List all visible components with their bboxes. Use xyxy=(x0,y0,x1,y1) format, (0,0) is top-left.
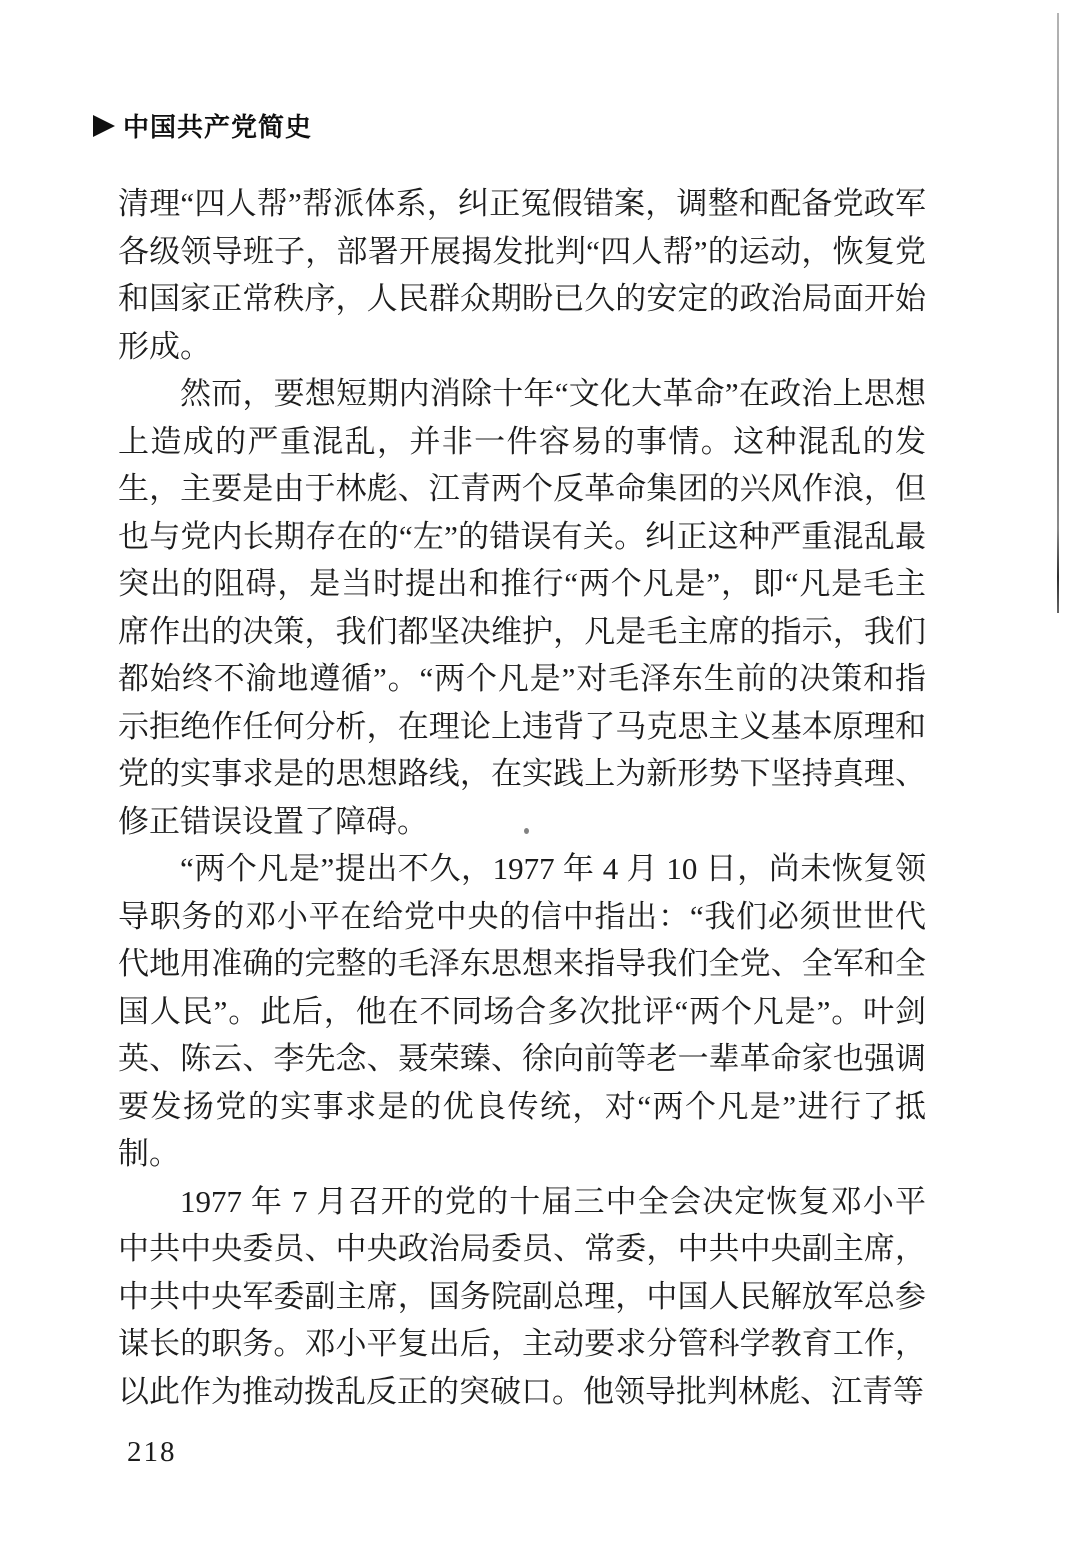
book-page: 中国共产党简史 清理“四人帮”帮派体系，纠正冤假错案，调整和配备党政军各级领导班… xyxy=(0,0,1080,1546)
page-number: 218 xyxy=(127,1436,177,1469)
scan-speck xyxy=(524,828,529,834)
page-body: 清理“四人帮”帮派体系，纠正冤假错案，调整和配备党政军各级领导班子，部署开展揭发… xyxy=(118,180,926,1415)
paragraph-2: 然而，要想短期内消除十年“文化大革命”在政治上思想上造成的严重混乱，并非一件容易… xyxy=(118,370,926,845)
scan-artifact-line xyxy=(1057,13,1059,613)
paragraph-3: “两个凡是”提出不久，1977 年 4 月 10 日，尚未恢复领导职务的邓小平在… xyxy=(118,845,926,1178)
right-triangle-icon xyxy=(93,115,115,137)
paragraph-1: 清理“四人帮”帮派体系，纠正冤假错案，调整和配备党政军各级领导班子，部署开展揭发… xyxy=(118,180,926,370)
paragraph-4: 1977 年 7 月召开的党的十届三中全会决定恢复邓小平中共中央委员、中央政治局… xyxy=(118,1178,926,1416)
book-title: 中国共产党简史 xyxy=(123,112,312,140)
page-header: 中国共产党简史 xyxy=(93,112,312,140)
